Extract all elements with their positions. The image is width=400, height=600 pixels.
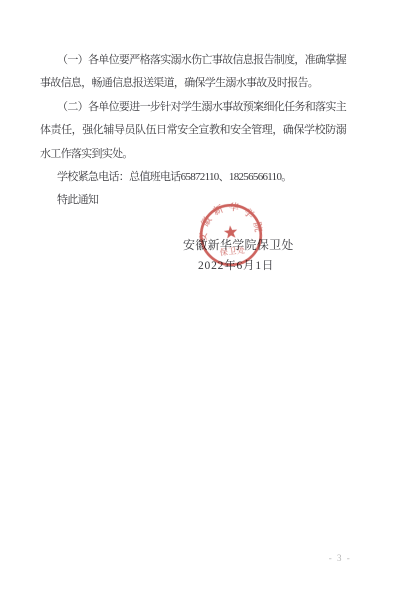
paragraph-1-line-1: （一）各单位要严格落实溺水伤亡事故信息报告制度，准确掌握 bbox=[40, 49, 346, 72]
closing-phrase: 特此通知 bbox=[40, 189, 346, 212]
seal-bottom-text: 保卫处 bbox=[219, 245, 246, 258]
paragraph-2-line-1: （二）各单位要进一步针对学生溺水事故预案细化任务和落实主 bbox=[40, 96, 346, 119]
official-seal: 安徽新华学院 保卫处 bbox=[196, 200, 266, 270]
seal-arc-text: 安徽新华学院 bbox=[196, 200, 266, 244]
document-body: （一）各单位要严格落实溺水伤亡事故信息报告制度，准确掌握 事故信息，畅通信息报送… bbox=[40, 49, 346, 213]
page-number: - 3 - bbox=[322, 553, 358, 563]
document-page: （一）各单位要严格落实溺水伤亡事故信息报告制度，准确掌握 事故信息，畅通信息报送… bbox=[0, 0, 400, 600]
paragraph-2-line-2: 体责任，强化辅导员队伍日常安全宣教和安全管理，确保学校防溺 bbox=[40, 119, 346, 142]
paragraph-1-line-2: 事故信息，畅通信息报送渠道，确保学生溺水事故及时报告。 bbox=[40, 72, 346, 95]
paragraph-2-line-3: 水工作落实到实处。 bbox=[40, 143, 346, 166]
star-icon bbox=[223, 225, 238, 239]
official-seal-graphic: 安徽新华学院 保卫处 bbox=[196, 200, 266, 270]
emergency-phone-line: 学校紧急电话：总值班电话65872110、18256566110。 bbox=[40, 166, 346, 189]
